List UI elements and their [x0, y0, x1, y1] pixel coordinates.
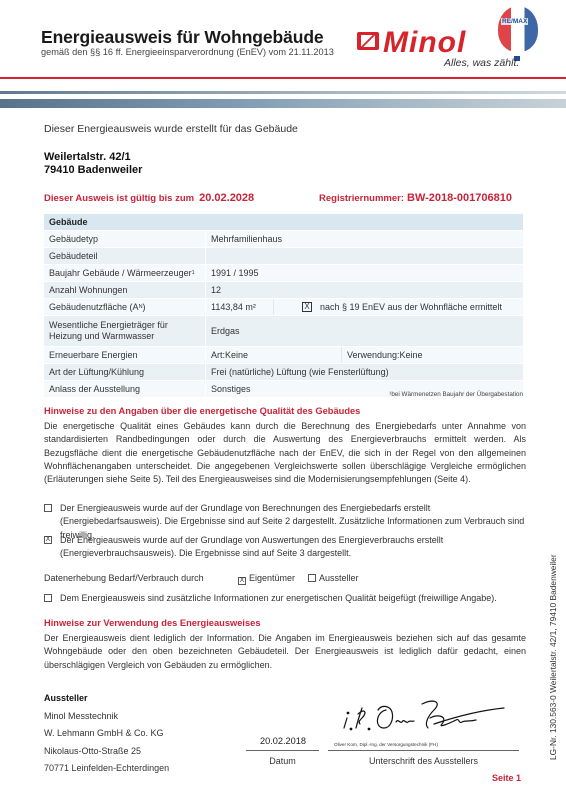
area-method-checkbox[interactable]: X: [302, 302, 312, 312]
row-value: Art:Keine: [206, 347, 342, 363]
validity-date: 20.02.2028: [199, 192, 254, 204]
row-value: 12: [206, 282, 523, 298]
issuer-line: Nikolaus-Otto-Straße 25: [44, 743, 169, 761]
remax-label: RE/MAX: [501, 18, 528, 25]
logo-tagline: Alles, was zählt.: [444, 57, 519, 69]
minol-logo: Minol RE/MAX Alles, was zählt.: [352, 12, 562, 72]
document-title: Energieausweis für Wohngebäude: [41, 27, 324, 48]
table-row: Erneuerbare Energien Art:Keine Verwendun…: [44, 347, 523, 364]
issuer-line: Minol Messtechnik: [44, 708, 169, 726]
signature-line: [328, 750, 519, 751]
option-aussteller: Aussteller: [308, 573, 359, 583]
row-label: Anzahl Wohnungen: [44, 282, 206, 298]
data-collection-label: Datenerhebung Bedarf/Verbrauch durch: [44, 573, 204, 583]
aussteller-checkbox[interactable]: [308, 574, 316, 582]
row-value: Mehrfamilienhaus: [206, 231, 523, 247]
side-reference: LG-Nr. 130.563-0 Weilertalstr. 42/1, 794…: [548, 554, 558, 760]
validity-label: Dieser Ausweis ist gültig bis zum: [44, 193, 194, 204]
issuer-line: W. Lehmann GmbH & Co. KG: [44, 725, 169, 743]
table-row: Baujahr Gebäude / Wärmeerzeuger1 1991 / …: [44, 265, 523, 282]
header-red-rule: [0, 77, 566, 79]
issue-date: 20.02.2018: [247, 736, 319, 746]
area-method: X nach § 19 EnEV aus der Wohnfläche ermi…: [274, 299, 523, 315]
document-subtitle: gemäß den §§ 16 ff. Energieeinsparverord…: [41, 47, 334, 57]
zusatzinfo-checkbox[interactable]: [44, 594, 52, 602]
remax-balloon-icon: [498, 6, 538, 52]
option-eigentuemer: XEigentümer: [238, 573, 295, 585]
row-value: 1143,84 m²: [206, 299, 274, 315]
option-zusatzinfo: Dem Energieausweis sind zusätzliche Info…: [44, 592, 526, 605]
quality-notes-text: Die energetische Qualität eines Gebäudes…: [44, 420, 526, 486]
validity: Dieser Ausweis ist gültig bis zum20.02.2…: [44, 192, 254, 204]
row-label: Baujahr Gebäude / Wärmeerzeuger1: [44, 265, 206, 281]
row-label: Erneuerbare Energien: [44, 347, 206, 363]
usage-notes-title: Hinweise zur Verwendung des Energieauswe…: [44, 618, 261, 628]
table-header: Gebäude: [44, 214, 523, 231]
table-row: Art der Lüftung/Kühlung Frei (natürliche…: [44, 364, 523, 381]
issuer-block: Aussteller Minol Messtechnik W. Lehmann …: [44, 690, 169, 778]
row-value-2: Verwendung:Keine: [342, 347, 523, 363]
building-table: Gebäude Gebäudetyp Mehrfamilienhaus Gebä…: [44, 214, 523, 398]
table-row: Gebäudenutzfläche (AN) 1143,84 m² X nach…: [44, 299, 523, 316]
data-collection: Datenerhebung Bedarf/Verbrauch durch XEi…: [44, 573, 204, 583]
date-label: Datum: [246, 756, 319, 766]
document-header: Energieausweis für Wohngebäude gemäß den…: [0, 0, 566, 115]
address-street: Weilertalstr. 42/1: [44, 151, 142, 164]
logo-brand: Minol: [383, 26, 466, 60]
area-method-label: nach § 19 EnEV aus der Wohnfläche ermitt…: [320, 302, 502, 312]
row-label: Wesentliche Energieträger für Heizung un…: [44, 316, 206, 346]
eigentuemer-checkbox[interactable]: X: [238, 577, 246, 585]
row-label: Art der Lüftung/Kühlung: [44, 364, 206, 380]
table-row: Gebäudetyp Mehrfamilienhaus: [44, 231, 523, 248]
row-label: Gebäudetyp: [44, 231, 206, 247]
table-row: Wesentliche Energieträger für Heizung un…: [44, 316, 523, 347]
table-row: Anzahl Wohnungen 12: [44, 282, 523, 299]
issuer-heading: Aussteller: [44, 690, 169, 708]
intro-text: Dieser Energieausweis wurde erstellt für…: [44, 123, 298, 135]
row-value: Erdgas: [206, 316, 523, 346]
row-label: Anlass der Ausstellung: [44, 381, 206, 397]
verbrauchsausweis-checkbox[interactable]: X: [44, 536, 52, 544]
usage-notes-text: Der Energieausweis dient lediglich der I…: [44, 632, 526, 672]
signature-label: Unterschrift des Ausstellers: [328, 756, 519, 766]
bedarfsausweis-checkbox[interactable]: [44, 504, 52, 512]
verbrauchsausweis-text: Der Energieausweis wurde auf der Grundla…: [60, 535, 443, 558]
minol-logo-icon: [357, 32, 379, 50]
row-value: [206, 248, 523, 264]
quality-notes-title: Hinweise zu den Angaben über die energet…: [44, 406, 360, 416]
signature-icon: [338, 694, 508, 736]
option-verbrauchsausweis: X Der Energieausweis wurde auf der Grund…: [44, 534, 526, 561]
issuer-line: 70771 Leinfelden-Echterdingen: [44, 760, 169, 778]
date-line: [246, 750, 319, 751]
registration: Registriernummer:BW-2018-001706810: [319, 192, 512, 204]
signer-name: Oliver Korn, Dipl.-Ing. der Versorgungst…: [334, 742, 438, 747]
row-value: Frei (natürliche) Lüftung (wie Fensterlü…: [206, 364, 523, 380]
building-address: Weilertalstr. 42/1 79410 Badenweiler: [44, 151, 142, 177]
zusatzinfo-text: Dem Energieausweis sind zusätzliche Info…: [60, 593, 497, 603]
row-value: 1991 / 1995: [206, 265, 523, 281]
registration-number: BW-2018-001706810: [407, 192, 512, 204]
address-city: 79410 Badenweiler: [44, 164, 142, 177]
page-number: Seite 1: [492, 773, 521, 783]
header-blue-band: [0, 99, 566, 108]
table-row: Gebäudeteil: [44, 248, 523, 265]
header-blue-rule-thin: [0, 91, 566, 94]
row-label: Gebäudeteil: [44, 248, 206, 264]
registration-label: Registriernummer:: [319, 193, 404, 204]
row-label: Gebäudenutzfläche (AN): [44, 299, 206, 315]
table-footnote: ¹bei Wärmenetzen Baujahr der Übergabesta…: [280, 391, 523, 398]
